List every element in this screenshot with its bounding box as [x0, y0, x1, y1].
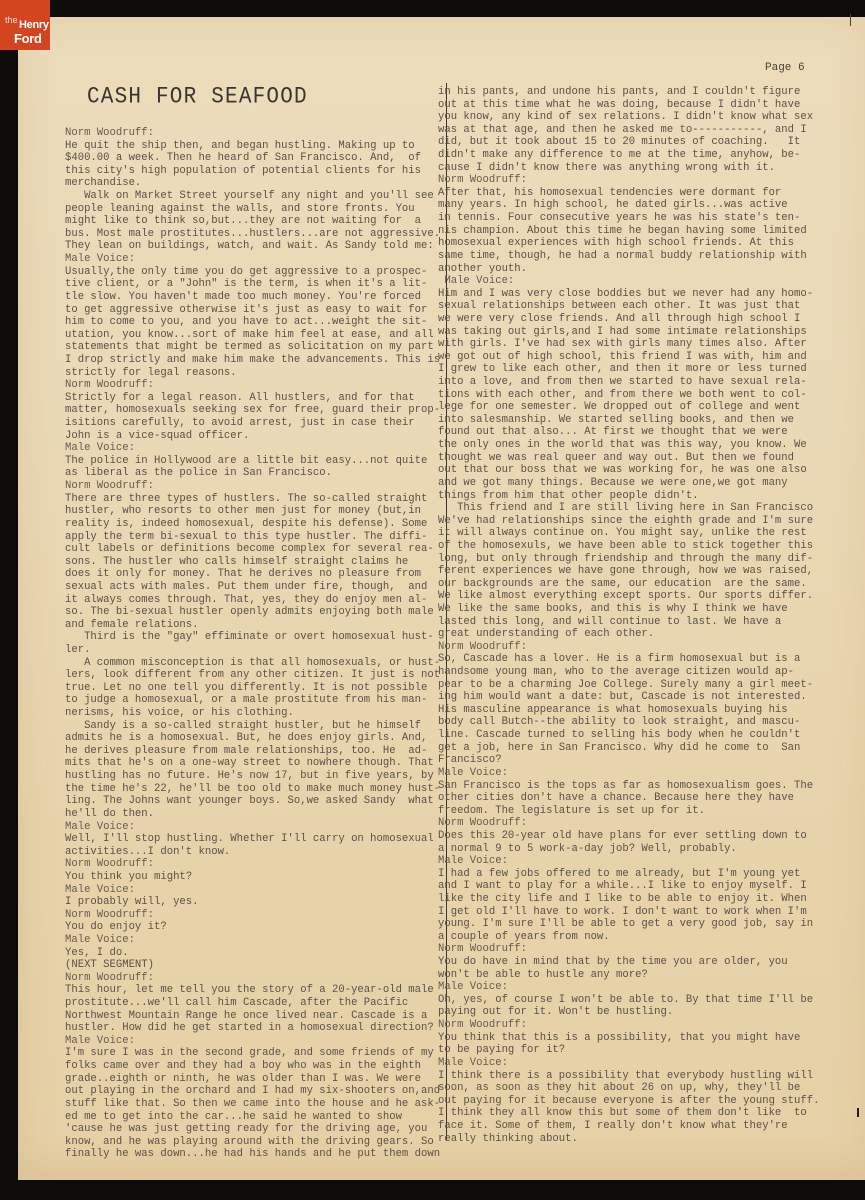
article-title: CASH FOR SEAFOOD	[87, 85, 308, 110]
text-line: merchandise.	[65, 177, 445, 190]
text-line: We've had relationships since the eighth…	[438, 515, 838, 528]
text-line: I think there is a possibility that ever…	[438, 1070, 838, 1083]
speaker-label: Male Voice:	[65, 934, 445, 947]
speaker-label: Norm Woodruff:	[438, 943, 838, 956]
text-line: They lean on buildings, watch, and wait.…	[65, 240, 445, 253]
text-line: same time, though, he had a normal buddy…	[438, 250, 838, 263]
text-line: we got out of high school, this friend I…	[438, 351, 838, 364]
text-line: many years. In high school, he dated gir…	[438, 199, 838, 212]
text-line: utation, you know...sort of make him fee…	[65, 329, 445, 342]
text-line: does it only for money. That he derives …	[65, 568, 445, 581]
speaker-label: Male Voice:	[65, 442, 445, 455]
text-line: lers, look different from any other citi…	[65, 669, 445, 682]
text-line: another youth.	[438, 263, 838, 276]
text-line: soon, as soon as they hit about 26 on up…	[438, 1082, 838, 1095]
text-line: strictly for legal reasons.	[65, 367, 445, 380]
text-line: body call Butch--the ability to look str…	[438, 716, 838, 729]
text-line: Third is the "gay" effiminate or overt h…	[65, 631, 445, 644]
speaker-label: Norm Woodruff:	[65, 972, 445, 985]
text-line: did, but it took about 15 to 20 minutes …	[438, 136, 838, 149]
text-line: of the homosexuls, we have been able to …	[438, 540, 838, 553]
text-line: You think you might?	[65, 871, 445, 884]
text-line: The police in Hollywood are a little bit…	[65, 455, 445, 468]
text-line: ler.	[65, 644, 445, 657]
text-line: Yes, I do.	[65, 947, 445, 960]
text-line: it will always continue on. You might sa…	[438, 527, 838, 540]
text-line: so. The bi-sexual hustler openly admits …	[65, 606, 445, 619]
text-line: was at that age, and then he asked me to…	[438, 124, 838, 137]
speaker-label: Male Voice:	[438, 275, 838, 288]
text-line: with girls. I've had sex with girls many…	[438, 338, 838, 351]
text-line: thought we was real queer and way out. B…	[438, 452, 838, 465]
text-line: might like to think so,but...they are no…	[65, 215, 445, 228]
text-line: a couple of years from now.	[438, 931, 838, 944]
text-line: I drop strictly and make him make the ad…	[65, 354, 445, 367]
text-line: Oh, yes, of course I won't be able to. B…	[438, 994, 838, 1007]
text-line: You do have in mind that by the time you…	[438, 956, 838, 969]
text-line: tions with each other, and from there we…	[438, 389, 838, 402]
speaker-label: Norm Woodruff:	[438, 1019, 838, 1032]
text-line: he'll do then.	[65, 808, 445, 821]
text-line: people leaning against the walls, and st…	[65, 203, 445, 216]
speaker-label: Male Voice:	[65, 884, 445, 897]
speaker-label: Male Voice:	[65, 253, 445, 266]
text-line: like the city life and I like to be able…	[438, 893, 838, 906]
paper-edge-mark	[850, 14, 851, 26]
text-line: nerisms, his voice, or his clothing.	[65, 707, 445, 720]
text-line: folks came over and they had a boy who w…	[65, 1060, 445, 1073]
text-line: homosexual experiences with high school …	[438, 237, 838, 250]
speaker-label: Male Voice:	[65, 821, 445, 834]
text-line: and we got many things. Because we were …	[438, 477, 838, 490]
text-line: So, Cascade has a lover. He is a firm ho…	[438, 653, 838, 666]
text-line: into salesmanship. We started selling bo…	[438, 414, 838, 427]
text-line: John is a vice-squad officer.	[65, 430, 445, 443]
text-line: line. Cascade turned to selling his body…	[438, 729, 838, 742]
text-line: tive client, or a "John" is the term, is…	[65, 278, 445, 291]
speaker-label: Norm Woodruff:	[438, 174, 838, 187]
speaker-label: Norm Woodruff:	[438, 641, 838, 654]
speaker-label: Male Voice:	[438, 767, 838, 780]
text-line: I get old I'll have to work. I don't wan…	[438, 906, 838, 919]
text-line: (NEXT SEGMENT)	[65, 959, 445, 972]
text-line: to judge a homosexual, or a male prostit…	[65, 694, 445, 707]
text-line: He quit the ship then, and began hustlin…	[65, 140, 445, 153]
right-column: in his pants, and undone his pants, and …	[438, 86, 838, 1145]
text-line: statements that might be termed as solic…	[65, 341, 445, 354]
text-line: hustling has no future. He's now 17, but…	[65, 770, 445, 783]
text-line: found out that also... At first we thoug…	[438, 426, 838, 439]
logo-text-the: the	[5, 15, 18, 25]
text-line: Northwest Mountain Range he once lived n…	[65, 1010, 445, 1023]
text-line: out playing in the orchard and I had my …	[65, 1085, 445, 1098]
text-line: the time he's 22, he'll be too old to ma…	[65, 783, 445, 796]
text-line: Well, I'll stop hustling. Whether I'll c…	[65, 833, 445, 846]
text-line: tle slow. You haven't made too much mone…	[65, 291, 445, 304]
text-line: This hour, let me tell you the story of …	[65, 984, 445, 997]
text-line: this city's high population of potential…	[65, 165, 445, 178]
text-line: His masculine appearance is what homosex…	[438, 704, 838, 717]
logo-text-ford: Ford	[14, 31, 42, 46]
text-line: paying out for it. Won't be hustling.	[438, 1006, 838, 1019]
speaker-label: Male Voice:	[438, 1057, 838, 1070]
text-line: 'cause he was just getting ready for the…	[65, 1123, 445, 1136]
margin-mark	[857, 1108, 859, 1117]
text-line: lasted this long, and will continue to l…	[438, 616, 838, 629]
text-line: great understanding of each other.	[438, 628, 838, 641]
text-line: young. I'm sure I'll be able to get a ve…	[438, 918, 838, 931]
text-line: ferent experiences we have gone through,…	[438, 565, 838, 578]
text-line: to be paying for it?	[438, 1044, 838, 1057]
text-line: Does this 20-year old have plans for eve…	[438, 830, 838, 843]
henry-ford-logo[interactable]: the Henry Ford	[0, 0, 50, 50]
text-line: sexual acts with males. Put them under f…	[65, 581, 445, 594]
text-line: to get aggressive otherwise it's just as…	[65, 304, 445, 317]
text-line: him to come to you, and you have to act.…	[65, 316, 445, 329]
text-line: admits he is a homosexual. But, he does …	[65, 732, 445, 745]
text-line: matter, homosexuals seeking sex for free…	[65, 404, 445, 417]
text-line: lege for one semester. We dropped out of…	[438, 401, 838, 414]
text-line: a normal 9 to 5 work-a-day job? Well, pr…	[438, 843, 838, 856]
text-line: into a love, and from then we started to…	[438, 376, 838, 389]
text-line: pear to be a charming Joe College. Surel…	[438, 679, 838, 692]
speaker-label: Norm Woodruff:	[65, 858, 445, 871]
text-line: ed me to get into the car...he said he w…	[65, 1111, 445, 1124]
speaker-label: Male Voice:	[438, 981, 838, 994]
text-line: freedom. The legislature is set up for i…	[438, 805, 838, 818]
text-line: and female relations.	[65, 619, 445, 632]
text-line: face it. Some of them, I really don't kn…	[438, 1120, 838, 1133]
text-line: ing him would want a date: but, Cascade …	[438, 691, 838, 704]
text-line: we were very close friends. And all thro…	[438, 313, 838, 326]
text-line: I think they all know this but some of t…	[438, 1107, 838, 1120]
text-line: There are three types of hustlers. The s…	[65, 493, 445, 506]
text-line: reality is, indeed homosexual, despite h…	[65, 518, 445, 531]
text-line: isitions carefully, to avoid arrest, jus…	[65, 417, 445, 430]
text-line: won't be able to hustle any more?	[438, 969, 838, 982]
text-line: our backgrounds are the same, our educat…	[438, 578, 838, 591]
text-line: in tennis. Four consecutive years he was…	[438, 212, 838, 225]
page-number: Page 6	[765, 62, 805, 74]
text-line: Him and I was very close boddies but we …	[438, 288, 838, 301]
text-line: get a job, here in San Francisco. Why di…	[438, 742, 838, 755]
speaker-label: Male Voice:	[438, 855, 838, 868]
text-line: A common misconception is that all homos…	[65, 657, 445, 670]
text-line: hustler. How did he get started in a hom…	[65, 1022, 445, 1035]
speaker-label: Norm Woodruff:	[65, 909, 445, 922]
text-line: This friend and I are still living here …	[438, 502, 838, 515]
text-line: I grew to like each other, and then it m…	[438, 363, 838, 376]
logo-text-henry: Henry	[19, 19, 49, 31]
text-line: know, and he was playing around with the…	[65, 1136, 445, 1149]
text-line: I probably will, yes.	[65, 896, 445, 909]
text-line: out paying for it because everyone is af…	[438, 1095, 838, 1108]
text-line: out at this time what he was doing, beca…	[438, 99, 838, 112]
text-line: ling. The Johns want younger boys. So,we…	[65, 795, 445, 808]
speaker-label: Norm Woodruff:	[65, 127, 445, 140]
text-line: stuff like that. So then we came into th…	[65, 1098, 445, 1111]
text-line: mits that he's on a one-way street to no…	[65, 757, 445, 770]
text-line: Francisco?	[438, 754, 838, 767]
text-line: handsome young man, who to the average c…	[438, 666, 838, 679]
document-scan: the Henry Ford CASH FOR SEAFOOD Page 6 N…	[0, 0, 865, 1200]
text-line: You think that this is a possibility, th…	[438, 1032, 838, 1045]
text-line: You do enjoy it?	[65, 921, 445, 934]
text-line: sons. The hustler who calls himself stra…	[65, 556, 445, 569]
text-line: it always comes through. That, yes, they…	[65, 594, 445, 607]
text-line: bus. Most male prostitutes...hustlers...…	[65, 228, 445, 241]
text-line: Walk on Market Street yourself any night…	[65, 190, 445, 203]
text-line: I had a few jobs offered to me already, …	[438, 868, 838, 881]
text-line: out that our boss that we was working fo…	[438, 464, 838, 477]
text-line: was taking out girls,and I had some inti…	[438, 326, 838, 339]
text-line: Sandy is a so-called straight hustler, b…	[65, 720, 445, 733]
text-line: I'm sure I was in the second grade, and …	[65, 1047, 445, 1060]
left-column: Norm Woodruff:He quit the ship then, and…	[65, 127, 445, 1161]
text-line: really thinking about.	[438, 1133, 838, 1146]
speaker-label: Norm Woodruff:	[438, 817, 838, 830]
text-line: cause I didn't know there was anything w…	[438, 162, 838, 175]
speaker-label: Norm Woodruff:	[65, 379, 445, 392]
text-line: nis champion. About this time he began h…	[438, 225, 838, 238]
speaker-label: Male Voice:	[65, 1035, 445, 1048]
text-line: didn't make any difference to me at the …	[438, 149, 838, 162]
text-line: things from him that other people didn't…	[438, 490, 838, 503]
text-line: grade..eighth or ninth, he was older tha…	[65, 1073, 445, 1086]
text-line: apply the term bi-sexual to this type hu…	[65, 531, 445, 544]
text-line: he derives pleasure from male relationsh…	[65, 745, 445, 758]
text-line: activities...I don't know.	[65, 846, 445, 859]
text-line: hustler, who resorts to other men just f…	[65, 505, 445, 518]
text-line: other cities don't have a chance. Becaus…	[438, 792, 838, 805]
text-line: We like almost everything except sports.…	[438, 590, 838, 603]
speaker-label: Norm Woodruff:	[65, 480, 445, 493]
text-line: the only ones in the world that was this…	[438, 439, 838, 452]
text-line: true. Let no one tell you differently. I…	[65, 682, 445, 695]
text-line: and I want to play for a while...I like …	[438, 880, 838, 893]
text-line: We like the same books, and this is why …	[438, 603, 838, 616]
text-line: you know, any kind of sex relations. I d…	[438, 111, 838, 124]
text-line: finally he was down...he had his hands a…	[65, 1148, 445, 1161]
text-line: as liberal as the police in San Francisc…	[65, 467, 445, 480]
text-line: sexual relationships between each other.…	[438, 300, 838, 313]
text-line: $400.00 a week. Then he heard of San Fra…	[65, 152, 445, 165]
text-line: Strictly for a legal reason. All hustler…	[65, 392, 445, 405]
text-line: cult labels or definitions become comple…	[65, 543, 445, 556]
text-line: San Francisco is the tops as far as homo…	[438, 780, 838, 793]
text-line: long, but only through friendship and th…	[438, 553, 838, 566]
text-line: prostitute...we'll call him Cascade, aft…	[65, 997, 445, 1010]
text-line: Usually,the only time you do get aggress…	[65, 266, 445, 279]
text-line: After that, his homosexual tendencies we…	[438, 187, 838, 200]
text-line: in his pants, and undone his pants, and …	[438, 86, 838, 99]
